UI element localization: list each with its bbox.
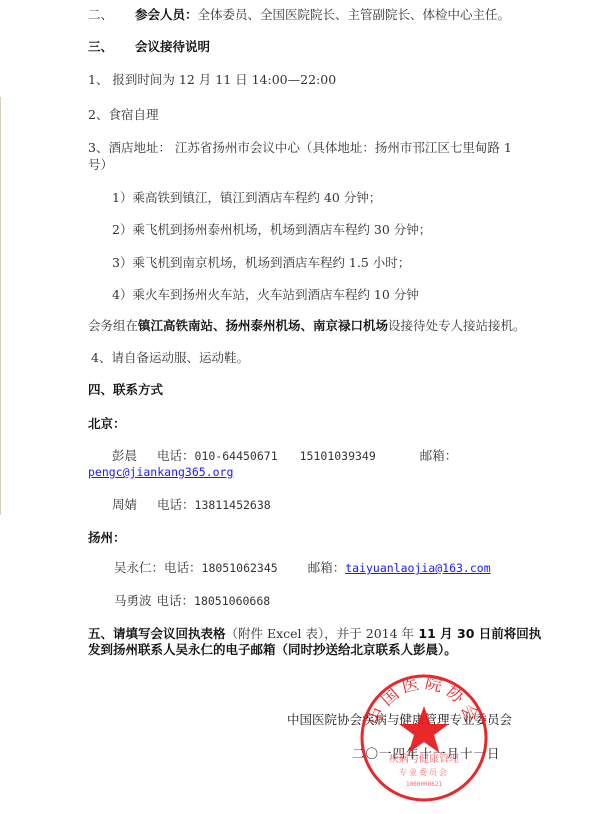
phone-label: 电话： bbox=[164, 560, 202, 575]
seal-number: 1000000621 bbox=[406, 781, 443, 788]
section-4-heading: 四、联系方式 bbox=[88, 382, 163, 398]
mobile-number: 15101039349 bbox=[300, 449, 376, 463]
contact-peng-chen: 彭晨电话：010-6445067115101039349邮箱： bbox=[112, 448, 457, 464]
section-5-reply-line-1: 五、请填写会议回执表格（附件 Excel 表），并于 2014 年 11 月 3… bbox=[88, 626, 541, 642]
seal-bottom-text: 专业委员会 bbox=[399, 767, 449, 777]
section-3-title: 会议接待说明 bbox=[135, 39, 210, 54]
beijing-label: 北京： bbox=[88, 416, 126, 432]
pickup-prefix: 会务组在 bbox=[88, 318, 138, 333]
email-label: 邮箱： bbox=[420, 448, 458, 463]
contact-name: 彭晨 bbox=[112, 448, 137, 463]
phone-number: 010-64450671 bbox=[195, 449, 278, 463]
phone-number: 13811452638 bbox=[195, 498, 271, 512]
item-3-hotel-address-cont: 号） bbox=[88, 157, 113, 173]
phone-label: 电话： bbox=[157, 497, 195, 512]
item-2-meals: 2、食宿自理 bbox=[88, 107, 158, 123]
section-2-label: 参会人员： bbox=[135, 7, 198, 22]
route-2: 2）乘飞机到扬州泰州机场，机场到酒店车程约 30 分钟； bbox=[112, 222, 431, 238]
item-3-hotel-address: 3、酒店地址： 江苏省扬州市会议中心（具体地址：扬州市邗江区七里甸路 1 bbox=[88, 140, 512, 156]
section-5-reply-line-2: 发到扬州联系人吴永仁的电子邮箱（同时抄送给北京联系人彭晨）。 bbox=[88, 642, 457, 658]
phone-label: 电话： bbox=[157, 593, 195, 608]
yangzhou-label: 扬州： bbox=[88, 530, 126, 546]
route-3: 3）乘飞机到南京机场，机场到酒店车程约 1.5 小时； bbox=[112, 255, 410, 271]
email-label: 邮箱： bbox=[308, 560, 346, 575]
section-5-heading: 五、请填写会议回执表格 bbox=[88, 626, 226, 641]
route-1: 1）乘高铁到镇江，镇江到酒店车程约 40 分钟； bbox=[112, 190, 381, 206]
contact-name: 马勇波 bbox=[114, 593, 152, 608]
email-link-pengc[interactable]: pengc@jiankang365.org bbox=[88, 464, 233, 480]
pickup-notice: 会务组在镇江高铁南站、扬州泰州机场、南京禄口机场设接待处专人接站接机。 bbox=[88, 318, 526, 334]
official-seal-icon: 中国医院协会 疾病与健康管理 专业委员会 1000000621 bbox=[358, 672, 490, 804]
section-5-attachment-note: （附件 Excel 表），并于 2014 年 bbox=[226, 626, 415, 641]
phone-number: 18051062345 bbox=[202, 561, 278, 575]
pickup-locations: 镇江高铁南站、扬州泰州机场、南京禄口机场 bbox=[138, 318, 388, 333]
pickup-suffix: 设接待处专人接站接机。 bbox=[388, 318, 526, 333]
section-3-heading: 三、会议接待说明 bbox=[88, 39, 210, 55]
email-link[interactable]: pengc@jiankang365.org bbox=[88, 465, 233, 479]
phone-label: 电话： bbox=[157, 448, 195, 463]
signing-date: 二〇一四年十一月十一日 bbox=[352, 744, 501, 762]
item-4-sportswear: 4、请自备运动服、运动鞋。 bbox=[91, 350, 249, 366]
signing-organization: 中国医院协会疾病与健康管理专业委员会 bbox=[287, 710, 512, 728]
section-2-number: 二、 bbox=[88, 7, 113, 22]
section-5-deadline: 11 月 30 日前将回执 bbox=[414, 626, 541, 641]
item-1-checkin-time: 1、 报到时间为 12 月 11 日 14:00—22:00 bbox=[88, 72, 336, 88]
page-edge-line bbox=[0, 97, 1, 515]
contact-name: 周婧 bbox=[112, 497, 137, 512]
contact-name: 吴永仁： bbox=[114, 560, 164, 575]
phone-number: 18051060668 bbox=[194, 594, 270, 608]
contact-wu-yongren: 吴永仁：电话：18051062345邮箱：taiyuanlaojia@163.c… bbox=[114, 560, 491, 576]
section-2-text: 全体委员、全国医院院长、主管副院长、体检中心主任。 bbox=[198, 7, 511, 22]
email-link[interactable]: taiyuanlaojia@163.com bbox=[345, 561, 490, 575]
route-4: 4）乘火车到扬州火车站，火车站到酒店车程约 10 分钟 bbox=[112, 287, 419, 303]
section-3-number: 三、 bbox=[88, 39, 113, 54]
contact-zhou-jing: 周婧电话：13811452638 bbox=[112, 497, 271, 513]
contact-ma-yongbo: 马勇波电话：18051060668 bbox=[114, 593, 270, 609]
section-2-attendees: 二、参会人员：全体委员、全国医院院长、主管副院长、体检中心主任。 bbox=[88, 7, 510, 23]
